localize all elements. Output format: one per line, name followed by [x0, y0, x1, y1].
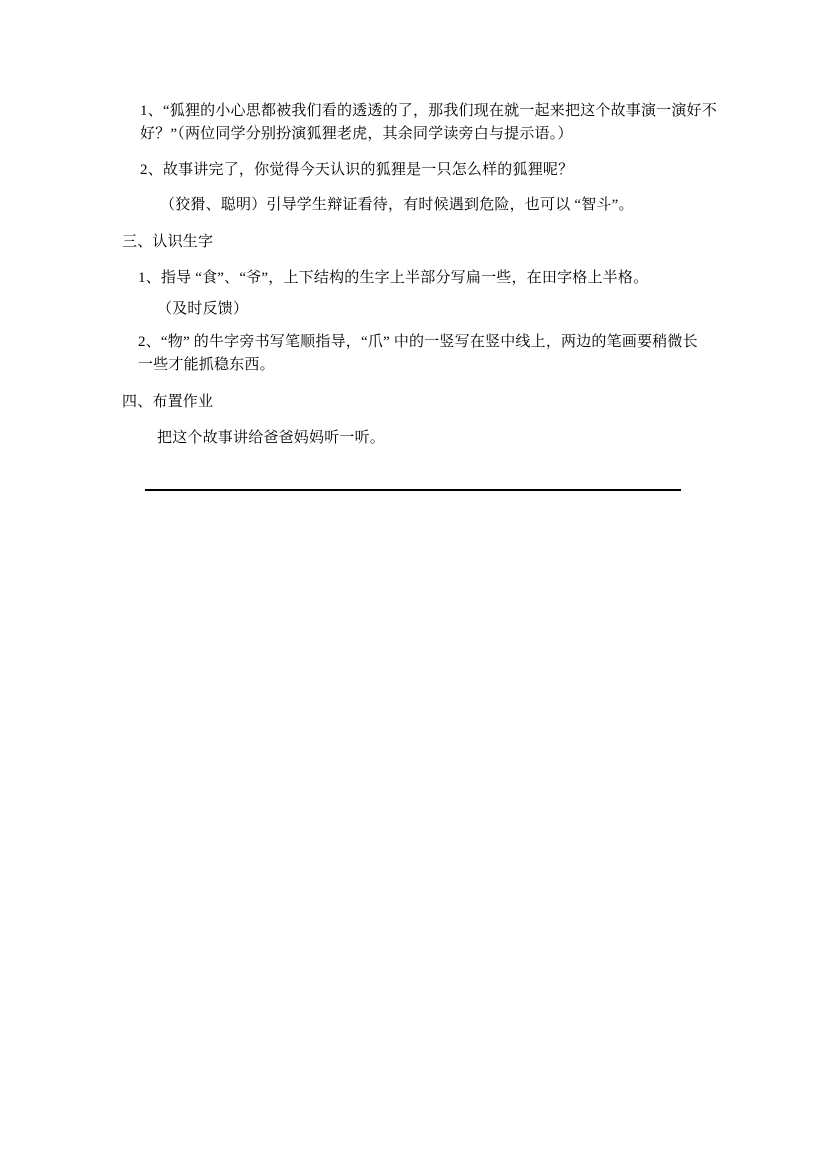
paragraph-discussion-answer-note: （狡猾、聪明）引导学生辩证看待，有时候遇到危险，也可以 “智斗”。 [160, 194, 634, 217]
section-heading-recognize-characters: 三、认识生字 [122, 231, 213, 254]
paragraph-homework-task: 把这个故事讲给爸爸妈妈听一听。 [157, 427, 385, 450]
paragraph-character-guidance-1: 1、指导 “食”、“爷”，上下结构的生字上半部分写扁一些，在田字格上半格。 [138, 267, 648, 290]
paragraph-character-guidance-2: 2、“物” 的牛字旁书写笔顺指导，“爪” 中的一竖写在竖中线上，两边的笔画要稍微… [138, 331, 698, 377]
document-page: 1、“狐狸的小心思都被我们看的透透的了，那我们现在就一起来把这个故事演一演好不 … [0, 0, 827, 1170]
horizontal-rule [145, 489, 681, 491]
paragraph-discussion-question: 2、故事讲完了，你觉得今天认识的狐狸是一只怎么样的狐狸呢？ [140, 159, 573, 182]
paragraph-role-play-prompt: 1、“狐狸的小心思都被我们看的透透的了，那我们现在就一起来把这个故事演一演好不 … [140, 100, 717, 146]
paragraph-feedback-note: （及时反馈） [157, 298, 248, 321]
section-heading-homework: 四、布置作业 [122, 391, 213, 414]
